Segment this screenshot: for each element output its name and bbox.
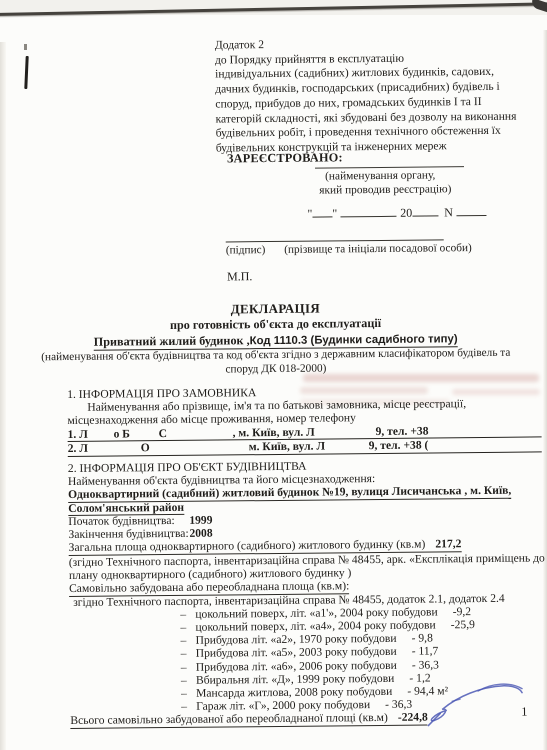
number-blank <box>457 203 487 216</box>
registration-org-blank-line <box>315 166 464 168</box>
customer-fragment: о Б <box>113 427 130 440</box>
dash-icon: – <box>180 608 186 621</box>
construction-start-label: Початок будівництва: <box>68 514 186 528</box>
construction-end-label: Закінчення будівництва: <box>68 527 186 541</box>
number-label: N <box>444 205 453 219</box>
registration-org-caption: (найменування органу, <box>325 169 435 182</box>
customer-fragment: , м. Київ, вул. Л <box>232 425 314 439</box>
customer-fragment: 9, тел. +38 <box>375 424 428 438</box>
dash-icon: – <box>181 700 187 713</box>
area-item-value: - 36,3 <box>412 658 439 671</box>
dash-icon: – <box>181 660 187 673</box>
document-content: Додаток 2 до Порядку прийняття в експлуа… <box>0 0 547 750</box>
official-name-caption: (прізвище та ініціали посадової особи) <box>284 242 472 256</box>
registered-heading: ЗАРЕЄСТРОВАНО: <box>227 150 343 166</box>
area-item-value: -9,2 <box>453 605 471 618</box>
year-blank <box>412 203 438 216</box>
construction-start-value: 1999 <box>189 513 212 526</box>
dash-icon: – <box>181 687 187 700</box>
stamp-placeholder: М.П. <box>227 269 252 284</box>
customer-fragment: О <box>141 441 150 454</box>
total-area-label: Загальна площа одноквартирного (садибног… <box>69 538 426 554</box>
area-item-value: - 9,8 <box>412 632 433 645</box>
signature-caption: (підпис) <box>226 244 266 256</box>
total-area-value: 217,2 <box>435 537 461 550</box>
document-body: 1. ІНФОРМАЦІЯ ПРО ЗАМОВНИКА Найменування… <box>67 383 544 729</box>
day-blank <box>312 204 332 217</box>
appendix-note: Додаток 2 до Порядку прийняття в експлуа… <box>215 35 546 156</box>
registration-org-caption: який проводив реєстрацію) <box>319 183 451 196</box>
object-name: Приватний жилий будинок , <box>94 333 250 350</box>
construction-end-value: 2008 <box>189 527 212 540</box>
area-item-value: -25,9 <box>451 618 475 631</box>
area-item-text: Гараж літ. «Г», 2000 року побудови <box>196 698 370 713</box>
customer-fragment: С <box>158 427 167 440</box>
dash-icon: – <box>180 634 186 647</box>
area-item-value: - 11,7 <box>412 645 439 658</box>
customer-fragment: 9, тел. +38 ( <box>369 439 429 453</box>
scanned-document-page: Додаток 2 до Порядку прийняття в експлуа… <box>0 0 547 750</box>
registration-date-line: ""20N <box>307 203 487 222</box>
year-prefix: 20 <box>400 206 412 220</box>
page-number: 1 <box>521 705 527 720</box>
dash-icon: – <box>181 674 187 687</box>
dash-icon: – <box>180 621 186 634</box>
close-quote: " <box>332 206 337 220</box>
month-blank <box>340 204 396 218</box>
customer-fragment: 1. Л <box>67 427 87 440</box>
customer-fragment: 2. Л <box>68 442 88 455</box>
area-item-value: - 36,3 <box>385 698 412 711</box>
dash-icon: – <box>181 647 187 660</box>
declaration-title-block: ДЕКЛАРАЦІЯ про готовність об'єкта до екс… <box>15 298 536 378</box>
handwritten-signature <box>418 679 531 734</box>
signature-captions: (підпис) (прізвище та ініціали посадової… <box>226 242 476 256</box>
customer-fragment: м. Київ, вул. Л <box>249 440 325 454</box>
